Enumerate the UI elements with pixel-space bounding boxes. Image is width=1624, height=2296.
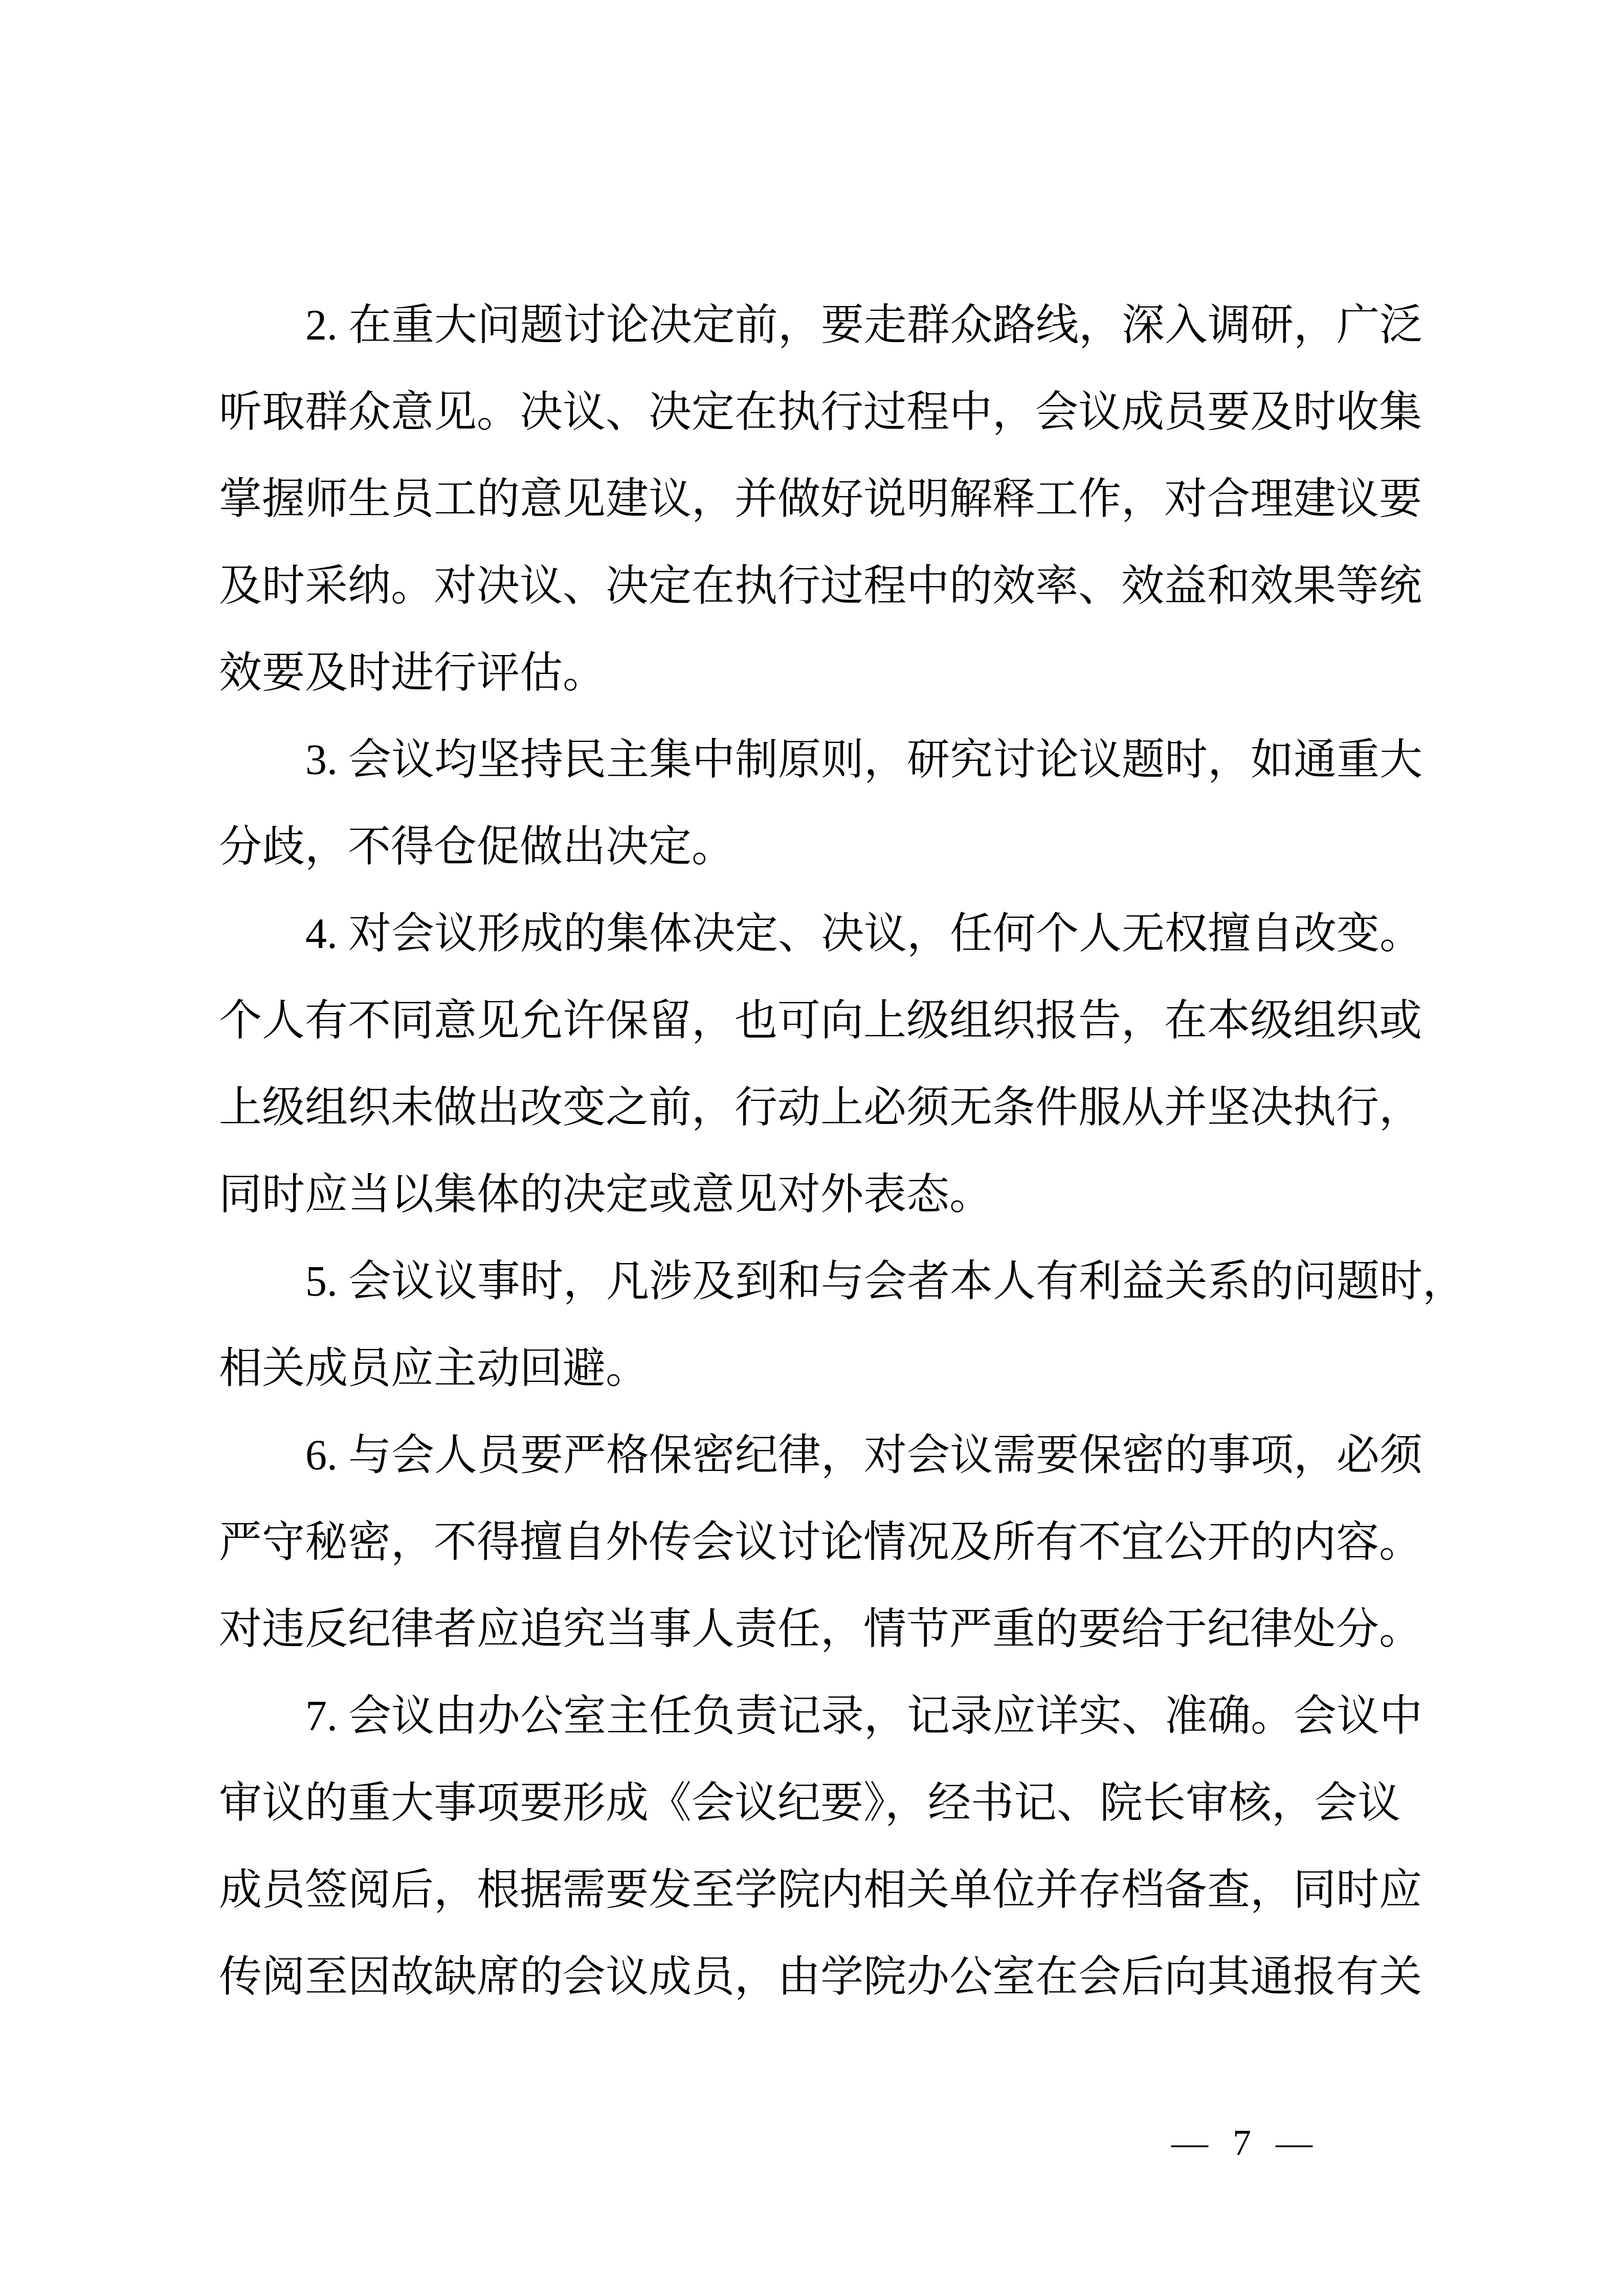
text-line: 听取群众意见。决议、决定在执行过程中，会议成员要及时收集 [219, 369, 1426, 456]
paragraph: 5. 会议议事时，凡涉及到和与会者本人有利益关系的问题时， 相关成员应主动回避。 [219, 1239, 1426, 1412]
text-line: 6. 与会人员要严格保密纪律，对会议需要保密的事项，必须 [219, 1412, 1426, 1499]
footer: — 7 — [1171, 2117, 1316, 2168]
text-line: 3. 会议均坚持民主集中制原则，研究讨论议题时，如通重大 [219, 717, 1426, 804]
text-line: 相关成员应主动回避。 [219, 1325, 1426, 1412]
text-line: 掌握师生员工的意见建议，并做好说明解释工作，对合理建议要 [219, 456, 1426, 543]
text-line: 4. 对会议形成的集体决定、决议，任何个人无权擅自改变。 [219, 891, 1426, 978]
text-line: 传阅至因故缺席的会议成员，由学院办公室在会后向其通报有关 [219, 1934, 1426, 2021]
document-body: 2. 在重大问题讨论决定前，要走群众路线，深入调研，广泛 听取群众意见。决议、决… [219, 282, 1426, 2021]
text-line: 及时采纳。对决议、决定在执行过程中的效率、效益和效果等统 [219, 543, 1426, 630]
text-line: 个人有不同意见允许保留，也可向上级组织报告，在本级组织或 [219, 978, 1426, 1065]
text-line: 同时应当以集体的决定或意见对外表态。 [219, 1152, 1426, 1239]
text-line: 上级组织未做出改变之前，行动上必须无条件服从并坚决执行， [219, 1065, 1426, 1152]
paragraph: 2. 在重大问题讨论决定前，要走群众路线，深入调研，广泛 听取群众意见。决议、决… [219, 282, 1426, 717]
text-line: 审议的重大事项要形成《会议纪要》，经书记、院长审核，会议 [219, 1760, 1426, 1847]
text-line: 成员签阅后，根据需要发至学院内相关单位并存档备查，同时应 [219, 1847, 1426, 1934]
text-line: 7. 会议由办公室主任负责记录，记录应详实、准确。会议中 [219, 1673, 1426, 1760]
page-number: — 7 — [1171, 2122, 1316, 2163]
text-line: 2. 在重大问题讨论决定前，要走群众路线，深入调研，广泛 [219, 282, 1426, 369]
paragraph: 7. 会议由办公室主任负责记录，记录应详实、准确。会议中 审议的重大事项要形成《… [219, 1673, 1426, 2021]
paragraph: 6. 与会人员要严格保密纪律，对会议需要保密的事项，必须 严守秘密，不得擅自外传… [219, 1412, 1426, 1673]
document-page: 2. 在重大问题讨论决定前，要走群众路线，深入调研，广泛 听取群众意见。决议、决… [0, 0, 1624, 2296]
text-line: 对违反纪律者应追究当事人责任，情节严重的要给于纪律处分。 [219, 1586, 1426, 1673]
paragraph: 3. 会议均坚持民主集中制原则，研究讨论议题时，如通重大 分歧，不得仓促做出决定… [219, 717, 1426, 891]
text-line: 5. 会议议事时，凡涉及到和与会者本人有利益关系的问题时， [219, 1239, 1426, 1325]
paragraph: 4. 对会议形成的集体决定、决议，任何个人无权擅自改变。 个人有不同意见允许保留… [219, 891, 1426, 1239]
text-line: 效要及时进行评估。 [219, 630, 1426, 717]
text-line: 分歧，不得仓促做出决定。 [219, 804, 1426, 891]
text-line: 严守秘密，不得擅自外传会议讨论情况及所有不宜公开的内容。 [219, 1499, 1426, 1586]
